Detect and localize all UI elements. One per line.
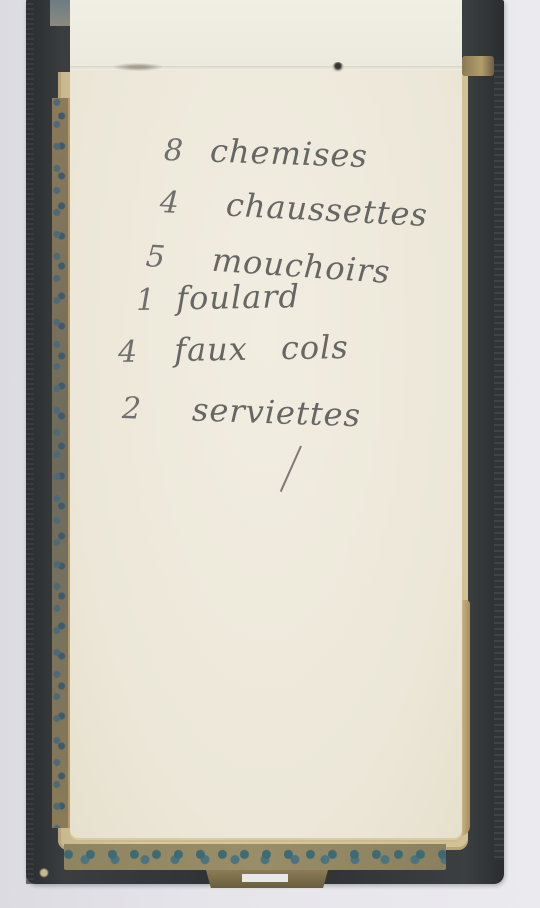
list-item: 8 chemises — [163, 130, 368, 175]
list-item-qty: 4 — [159, 185, 181, 221]
list-item-label: chemises — [209, 132, 368, 175]
list-item: 1 foulard — [136, 277, 301, 318]
list-item-qty: 8 — [163, 133, 184, 169]
list-item-qty: 5 — [145, 239, 167, 275]
list-item-qty: 1 — [136, 283, 157, 318]
cover-left-edge — [26, 0, 34, 884]
marbled-edge-top — [50, 0, 70, 26]
list-item: 4 faux cols — [118, 328, 349, 370]
page-top-stub — [70, 0, 462, 66]
marbled-edge-left — [52, 98, 70, 828]
worn-tab — [462, 56, 494, 76]
list-item-qty: 2 — [121, 391, 142, 427]
perforation-hole — [332, 62, 344, 72]
list-item-qty: 4 — [118, 335, 139, 370]
list-item-label: faux cols — [174, 328, 349, 369]
list-item-label: foulard — [176, 277, 300, 317]
frayed-corner — [34, 868, 54, 884]
marbled-edge-bottom — [64, 844, 446, 870]
clasp-slot — [242, 874, 288, 882]
list-item-label: serviettes — [191, 390, 361, 434]
cover-right-edge — [494, 60, 504, 860]
perforation-smudge — [108, 62, 168, 72]
